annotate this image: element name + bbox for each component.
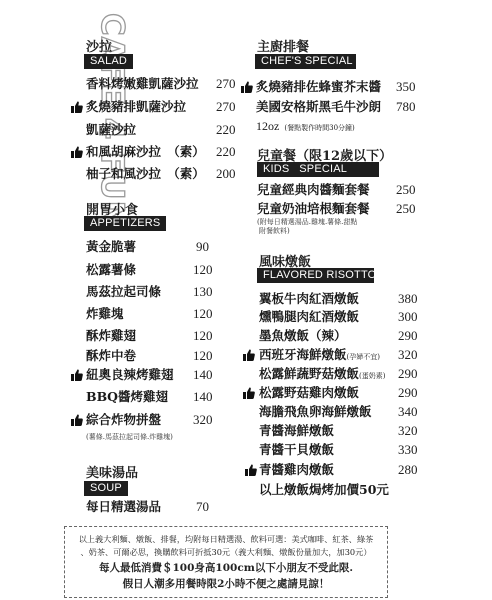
thumbs-up-icon <box>241 81 253 93</box>
menu-item: 綜合炸物拼盤 320 <box>0 411 240 429</box>
menu-item: 紐奧良辣烤雞翅 140 <box>0 366 240 384</box>
thumbs-up-icon <box>71 101 83 113</box>
menu-item: 兒童經典肉醬麵套餐 250 <box>240 181 490 199</box>
chef-badge: CHEF'S SPECIAL <box>255 54 356 69</box>
gratin-note: 以上燉飯焗烤加價50元 <box>240 481 490 499</box>
vegetarian-tag: (蛋奶素) <box>359 372 385 380</box>
risotto-badge: FLAVORED RISOTTO <box>257 268 374 283</box>
menu-item: 青醬干貝燉飯 330 <box>240 441 490 459</box>
menu-item: 翼板牛肉紅酒燉飯 380 <box>240 290 490 308</box>
menu-item: 美國安格斯黑毛牛沙朗 780 <box>240 98 490 116</box>
menu-item: 松露薯條 120 <box>0 261 240 279</box>
pregnancy-warning-tag: (孕婦不宜) <box>347 353 380 361</box>
menu-item: 墨魚燉飯（辣） 290 <box>240 327 490 345</box>
appetizers-badge: APPETIZERS <box>84 216 166 231</box>
thumbs-up-icon <box>243 349 255 361</box>
menu-item: 酥炸雞翅 120 <box>0 327 240 345</box>
thumbs-up-icon <box>243 387 255 399</box>
kids-badge: KIDS SPECIAL <box>257 162 379 177</box>
salad-section-title: 沙拉 <box>86 36 112 55</box>
menu-item: 每日精選湯品 70 <box>0 498 240 516</box>
kids-note-line2: 附餐飲料) <box>259 227 290 236</box>
thumbs-up-icon <box>71 146 83 158</box>
menu-item: 青醬雞肉燉飯 280 <box>240 461 490 479</box>
menu-item: BBQ醬烤雞翅 140 <box>0 388 240 406</box>
menu-item: 西班牙海鮮燉飯(孕婦不宜) 320 <box>240 346 490 364</box>
menu-item: 海膽飛魚卵海鮮燉飯 340 <box>240 403 490 421</box>
menu-item: 松露野菇雞肉燉飯 290 <box>240 384 490 402</box>
menu-item: 馬茲拉起司條 130 <box>0 283 240 301</box>
steak-info: 12oz (餐點製作時間30分鐘) <box>256 115 355 134</box>
platter-note: (薯條.馬茲拉起司條.炸雞塊) <box>86 433 173 442</box>
thumbs-up-icon <box>71 414 83 426</box>
menu-item: 松露鮮蔬野菇燉飯(蛋奶素) 290 <box>240 365 490 383</box>
footer-line-4: 假日人潮多用餐時限2小時不便之處請見諒！ <box>65 576 387 591</box>
chef-section-title: 主廚排餐 <box>257 36 309 55</box>
menu-item: 香料烤嫩雞凱薩沙拉 270 <box>0 75 240 93</box>
footer-line-2: 、奶茶、可爾必思，換購飲料可折抵30元（義大利麵、燉飯份量加大，加30元） <box>65 547 387 558</box>
thumbs-up-icon <box>71 369 83 381</box>
menu-item: 燻鴨腿肉紅酒燉飯 300 <box>240 308 490 326</box>
footer-notice-box: 以上義大利麵、燉飯、排餐，均附每日精選湯、飲料可選：美式咖啡、紅茶、綠茶 、奶茶… <box>64 526 388 598</box>
soup-badge: SOUP <box>84 481 128 496</box>
kids-note-line1: (附每日精選湯品.雞塊.薯條.甜點 <box>257 218 357 227</box>
menu-item: 和風胡麻沙拉 （素） 220 <box>0 143 240 161</box>
menu-item: 凱薩沙拉 220 <box>0 121 240 139</box>
footer-line-3: 每人最低消費＄100身高100cm以下小朋友不受此限. <box>65 560 387 575</box>
menu-item: 青醬海鮮燉飯 320 <box>240 422 490 440</box>
soup-section-title: 美味湯品 <box>86 462 138 481</box>
menu-item: 酥炸中卷 120 <box>0 347 240 365</box>
menu-item: 兒童奶油培根麵套餐 250 <box>240 200 490 218</box>
footer-line-1: 以上義大利麵、燉飯、排餐，均附每日精選湯、飲料可選：美式咖啡、紅茶、綠茶 <box>65 534 387 545</box>
menu-item: 黃金脆薯 90 <box>0 238 240 256</box>
menu-item: 炸雞塊 120 <box>0 305 240 323</box>
menu-item: 柚子和風沙拉 （素） 200 <box>0 165 240 183</box>
menu-item: 炙燒豬排凱薩沙拉 270 <box>0 98 240 116</box>
menu-item: 炙燒豬排佐蜂蜜芥末醬 350 <box>240 78 490 96</box>
thumbs-up-icon <box>245 464 257 476</box>
salad-badge: SALAD <box>84 54 133 69</box>
